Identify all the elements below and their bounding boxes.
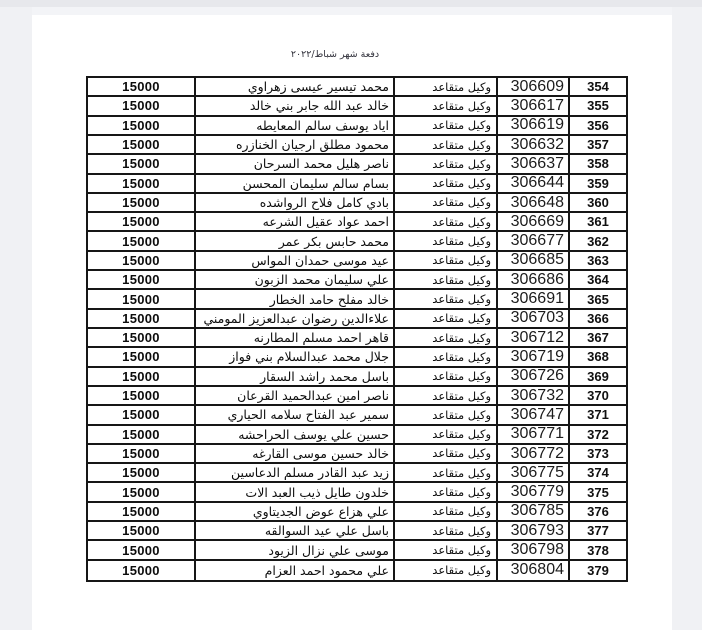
table-row: 15000 خالد حسين موسى القارغه وكيل متقاعد…	[88, 445, 626, 464]
id-cell: 306648	[498, 194, 570, 211]
status-cell: وكيل متقاعد	[395, 271, 498, 288]
name-cell: علي محمود احمد العزام	[196, 561, 395, 580]
name-cell: اياد يوسف سالم المعايطه	[196, 117, 395, 134]
viewer-right-margin	[672, 0, 702, 630]
id-cell: 306798	[498, 541, 570, 558]
id-cell: 306779	[498, 483, 570, 500]
table-row: 15000 خالد عبد الله جابر بني خالد وكيل م…	[88, 97, 626, 116]
name-cell: خالد مفلح حامد الخطار	[196, 290, 395, 307]
row-number-cell: 376	[570, 503, 626, 520]
table-row: 15000 بادي كامل فلاح الرواشده وكيل متقاع…	[88, 194, 626, 213]
row-number-cell: 354	[570, 78, 626, 95]
name-cell: ناصر امين عبدالحميد القرعان	[196, 387, 395, 404]
id-cell: 306732	[498, 387, 570, 404]
table-row: 15000 عيد موسى حمدان المواس وكيل متقاعد …	[88, 252, 626, 271]
row-number-cell: 363	[570, 252, 626, 269]
name-cell: خالد عبد الله جابر بني خالد	[196, 97, 395, 114]
name-cell: قاهر احمد مسلم المطارنه	[196, 329, 395, 346]
id-cell: 306793	[498, 522, 570, 539]
row-number-cell: 374	[570, 464, 626, 481]
name-cell: علي هزاع عوض الجديتاوي	[196, 503, 395, 520]
row-number-cell: 360	[570, 194, 626, 211]
row-number-cell: 361	[570, 213, 626, 230]
name-cell: باسل علي عيد السوالقه	[196, 522, 395, 539]
table-row: 15000 اياد يوسف سالم المعايطه وكيل متقاع…	[88, 117, 626, 136]
status-cell: وكيل متقاعد	[395, 368, 498, 385]
name-cell: موسى علي نزال الزيود	[196, 541, 395, 558]
status-cell: وكيل متقاعد	[395, 522, 498, 539]
name-cell: محمد حابس بكر عمر	[196, 232, 395, 249]
amount-cell: 15000	[88, 97, 196, 114]
id-cell: 306619	[498, 117, 570, 134]
id-cell: 306703	[498, 310, 570, 327]
id-cell: 306685	[498, 252, 570, 269]
amount-cell: 15000	[88, 483, 196, 500]
status-cell: وكيل متقاعد	[395, 252, 498, 269]
name-cell: بادي كامل فلاح الرواشده	[196, 194, 395, 211]
amount-cell: 15000	[88, 310, 196, 327]
id-cell: 306617	[498, 97, 570, 114]
amount-cell: 15000	[88, 368, 196, 385]
status-cell: وكيل متقاعد	[395, 290, 498, 307]
row-number-cell: 370	[570, 387, 626, 404]
id-cell: 306632	[498, 136, 570, 153]
row-number-cell: 357	[570, 136, 626, 153]
table-row: 15000 موسى علي نزال الزيود وكيل متقاعد 3…	[88, 541, 626, 560]
status-cell: وكيل متقاعد	[395, 426, 498, 443]
amount-cell: 15000	[88, 541, 196, 558]
amount-cell: 15000	[88, 271, 196, 288]
name-cell: باسل محمد راشد السقار	[196, 368, 395, 385]
id-cell: 306804	[498, 561, 570, 580]
row-number-cell: 368	[570, 348, 626, 365]
name-cell: علاءالدين رضوان عبدالعزيز المومني	[196, 310, 395, 327]
page-top-shade	[32, 7, 672, 15]
name-cell: سمير عبد الفتاح سلامه الحياري	[196, 406, 395, 423]
name-cell: جلال محمد عبدالسلام بني فواز	[196, 348, 395, 365]
amount-cell: 15000	[88, 252, 196, 269]
table-row: 15000 باسل علي عيد السوالقه وكيل متقاعد …	[88, 522, 626, 541]
name-cell: علي سليمان محمد الزبون	[196, 271, 395, 288]
id-cell: 306609	[498, 78, 570, 95]
row-number-cell: 379	[570, 561, 626, 580]
row-number-cell: 371	[570, 406, 626, 423]
id-cell: 306691	[498, 290, 570, 307]
status-cell: وكيل متقاعد	[395, 213, 498, 230]
row-number-cell: 369	[570, 368, 626, 385]
page-title: دفعة شهر شباط/٢٠٢٢	[240, 49, 430, 61]
table-row: 15000 سمير عبد الفتاح سلامه الحياري وكيل…	[88, 406, 626, 425]
status-cell: وكيل متقاعد	[395, 541, 498, 558]
status-cell: وكيل متقاعد	[395, 232, 498, 249]
name-cell: محمد تيسير عيسى زهراوي	[196, 78, 395, 95]
status-cell: وكيل متقاعد	[395, 78, 498, 95]
id-cell: 306785	[498, 503, 570, 520]
name-cell: بسام سالم سليمان المحسن	[196, 175, 395, 192]
table-row: 15000 قاهر احمد مسلم المطارنه وكيل متقاع…	[88, 329, 626, 348]
status-cell: وكيل متقاعد	[395, 387, 498, 404]
table-row: 15000 علي سليمان محمد الزبون وكيل متقاعد…	[88, 271, 626, 290]
name-cell: عيد موسى حمدان المواس	[196, 252, 395, 269]
status-cell: وكيل متقاعد	[395, 329, 498, 346]
document-viewer: دفعة شهر شباط/٢٠٢٢ 15000 محمد تيسير عيسى…	[0, 0, 702, 630]
status-cell: وكيل متقاعد	[395, 483, 498, 500]
row-number-cell: 355	[570, 97, 626, 114]
row-number-cell: 366	[570, 310, 626, 327]
status-cell: وكيل متقاعد	[395, 155, 498, 172]
id-cell: 306637	[498, 155, 570, 172]
amount-cell: 15000	[88, 290, 196, 307]
table-row: 15000 خالد مفلح حامد الخطار وكيل متقاعد …	[88, 290, 626, 309]
id-cell: 306719	[498, 348, 570, 365]
row-number-cell: 378	[570, 541, 626, 558]
id-cell: 306712	[498, 329, 570, 346]
amount-cell: 15000	[88, 136, 196, 153]
row-number-cell: 372	[570, 426, 626, 443]
name-cell: حسين علي يوسف الحراحشه	[196, 426, 395, 443]
status-cell: وكيل متقاعد	[395, 175, 498, 192]
table-row: 15000 علاءالدين رضوان عبدالعزيز المومني …	[88, 310, 626, 329]
row-number-cell: 365	[570, 290, 626, 307]
amount-cell: 15000	[88, 406, 196, 423]
amount-cell: 15000	[88, 464, 196, 481]
row-number-cell: 367	[570, 329, 626, 346]
status-cell: وكيل متقاعد	[395, 310, 498, 327]
table-row: 15000 محمد تيسير عيسى زهراوي وكيل متقاعد…	[88, 78, 626, 97]
table-row: 15000 خلدون طايل ذيب العبد الات وكيل متق…	[88, 483, 626, 502]
amount-cell: 15000	[88, 78, 196, 95]
amount-cell: 15000	[88, 232, 196, 249]
amount-cell: 15000	[88, 194, 196, 211]
name-cell: ناصر هليل محمد السرحان	[196, 155, 395, 172]
amount-cell: 15000	[88, 522, 196, 539]
status-cell: وكيل متقاعد	[395, 97, 498, 114]
amount-cell: 15000	[88, 213, 196, 230]
status-cell: وكيل متقاعد	[395, 136, 498, 153]
table-row: 15000 محمد حابس بكر عمر وكيل متقاعد 3066…	[88, 232, 626, 251]
name-cell: خالد حسين موسى القارغه	[196, 445, 395, 462]
row-number-cell: 364	[570, 271, 626, 288]
row-number-cell: 358	[570, 155, 626, 172]
row-number-cell: 375	[570, 483, 626, 500]
status-cell: وكيل متقاعد	[395, 348, 498, 365]
table-row: 15000 حسين علي يوسف الحراحشه وكيل متقاعد…	[88, 426, 626, 445]
row-number-cell: 356	[570, 117, 626, 134]
status-cell: وكيل متقاعد	[395, 194, 498, 211]
amount-cell: 15000	[88, 503, 196, 520]
status-cell: وكيل متقاعد	[395, 464, 498, 481]
id-cell: 306772	[498, 445, 570, 462]
amount-cell: 15000	[88, 561, 196, 580]
id-cell: 306775	[498, 464, 570, 481]
id-cell: 306644	[498, 175, 570, 192]
table-row: 15000 علي محمود احمد العزام وكيل متقاعد …	[88, 561, 626, 580]
amount-cell: 15000	[88, 155, 196, 172]
amount-cell: 15000	[88, 445, 196, 462]
name-cell: احمد عواد عقيل الشرعه	[196, 213, 395, 230]
amount-cell: 15000	[88, 348, 196, 365]
id-cell: 306771	[498, 426, 570, 443]
row-number-cell: 362	[570, 232, 626, 249]
table-row: 15000 ناصر امين عبدالحميد القرعان وكيل م…	[88, 387, 626, 406]
row-number-cell: 359	[570, 175, 626, 192]
id-cell: 306747	[498, 406, 570, 423]
id-cell: 306686	[498, 271, 570, 288]
id-cell: 306726	[498, 368, 570, 385]
name-cell: خلدون طايل ذيب العبد الات	[196, 483, 395, 500]
status-cell: وكيل متقاعد	[395, 445, 498, 462]
table-row: 15000 علي هزاع عوض الجديتاوي وكيل متقاعد…	[88, 503, 626, 522]
name-cell: زيد عبد القادر مسلم الدعاسين	[196, 464, 395, 481]
id-cell: 306677	[498, 232, 570, 249]
status-cell: وكيل متقاعد	[395, 117, 498, 134]
row-number-cell: 377	[570, 522, 626, 539]
status-cell: وكيل متقاعد	[395, 406, 498, 423]
status-cell: وكيل متقاعد	[395, 503, 498, 520]
table-row: 15000 جلال محمد عبدالسلام بني فواز وكيل …	[88, 348, 626, 367]
amount-cell: 15000	[88, 387, 196, 404]
table-row: 15000 بسام سالم سليمان المحسن وكيل متقاع…	[88, 175, 626, 194]
table-row: 15000 محمود مطلق ارجيان الخنازره وكيل مت…	[88, 136, 626, 155]
table-row: 15000 باسل محمد راشد السقار وكيل متقاعد …	[88, 368, 626, 387]
table-row: 15000 ناصر هليل محمد السرحان وكيل متقاعد…	[88, 155, 626, 174]
id-cell: 306669	[498, 213, 570, 230]
amount-cell: 15000	[88, 329, 196, 346]
retirees-payment-table: 15000 محمد تيسير عيسى زهراوي وكيل متقاعد…	[86, 76, 628, 582]
table-row: 15000 احمد عواد عقيل الشرعه وكيل متقاعد …	[88, 213, 626, 232]
viewer-top-band	[0, 0, 702, 7]
viewer-left-margin	[0, 0, 32, 630]
amount-cell: 15000	[88, 175, 196, 192]
table-row: 15000 زيد عبد القادر مسلم الدعاسين وكيل …	[88, 464, 626, 483]
name-cell: محمود مطلق ارجيان الخنازره	[196, 136, 395, 153]
row-number-cell: 373	[570, 445, 626, 462]
status-cell: وكيل متقاعد	[395, 561, 498, 580]
amount-cell: 15000	[88, 117, 196, 134]
amount-cell: 15000	[88, 426, 196, 443]
